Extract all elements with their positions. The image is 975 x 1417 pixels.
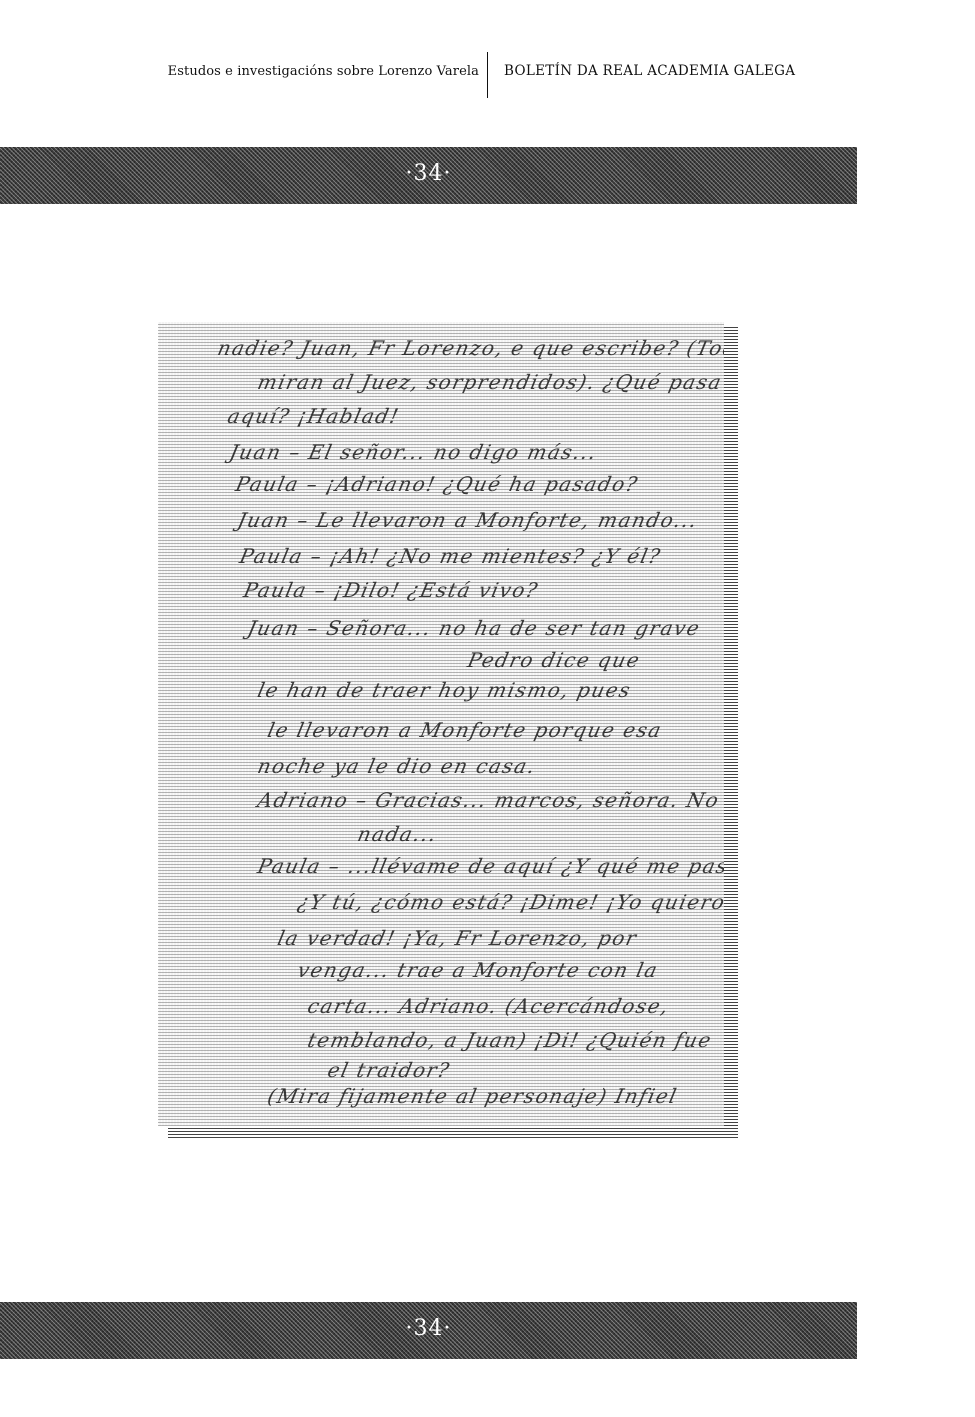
- manuscript-line: Juan – Señora... no ha de ser tan grave: [245, 616, 702, 640]
- manuscript-line: le llevaron a Monforte porque esa: [265, 718, 664, 742]
- manuscript-line: aquí? ¡Hablad!: [225, 404, 402, 428]
- manuscript-line: el traidor?: [325, 1058, 452, 1082]
- page-number-band-bottom: ·34·: [0, 1302, 857, 1359]
- manuscript-line: Adriano – Gracias... marcos, señora. No …: [255, 788, 724, 812]
- manuscript-line: temblando, a Juan) ¡Di! ¿Quién fue: [305, 1028, 714, 1052]
- manuscript-line: Paula – ¡Ah! ¿No me mientes? ¿Y él?: [237, 544, 663, 568]
- manuscript-line: Pedro dice que: [465, 648, 642, 672]
- manuscript-line: ¿Y tú, ¿cómo está? ¡Dime! ¡Yo quiero: [295, 890, 724, 914]
- manuscript-line: nada...: [355, 822, 439, 846]
- manuscript-line: Juan – Le llevaron a Monforte, mando...: [235, 508, 700, 532]
- manuscript-line: venga... trae a Monforte con la: [295, 958, 660, 982]
- running-head-left: Estudos e investigacións sobre Lorenzo V…: [168, 64, 479, 79]
- manuscript-line: (Mira fijamente al personaje) Infiel: [265, 1084, 679, 1108]
- manuscript-line: le han de traer hoy mismo, pues: [255, 678, 633, 702]
- page-number-band-top: ·34·: [0, 147, 857, 204]
- running-head-right: BOLETÍN DA REAL ACADEMIA GALEGA: [504, 63, 795, 79]
- manuscript-line: Paula – ¡Adriano! ¿Qué ha pasado?: [233, 472, 640, 496]
- manuscript-line: Juan – El señor... no digo más...: [227, 440, 599, 464]
- manuscript-line: noche ya le dio en casa.: [255, 754, 538, 778]
- running-head: Estudos e investigacións sobre Lorenzo V…: [0, 52, 975, 100]
- header-divider: [487, 52, 488, 98]
- page-number-top: ·34·: [0, 161, 857, 186]
- manuscript-image: nadie? Juan, Fr Lorenzo, e que escribe? …: [158, 322, 724, 1126]
- manuscript-line: la verdad! ¡Ya, Fr Lorenzo, por: [275, 926, 639, 950]
- manuscript-line: Paula – ...llévame de aquí ¿Y qué me pas…: [255, 854, 724, 878]
- manuscript-line: carta... Adriano. (Acercándose,: [305, 994, 671, 1018]
- manuscript-line: Paula – ¡Dilo! ¿Está vivo?: [241, 578, 540, 602]
- page-number-bottom: ·34·: [0, 1316, 857, 1341]
- manuscript-line: nadie? Juan, Fr Lorenzo, e que escribe? …: [215, 336, 724, 360]
- manuscript-line: miran al Juez, sorprendidos). ¿Qué pasa: [255, 370, 724, 394]
